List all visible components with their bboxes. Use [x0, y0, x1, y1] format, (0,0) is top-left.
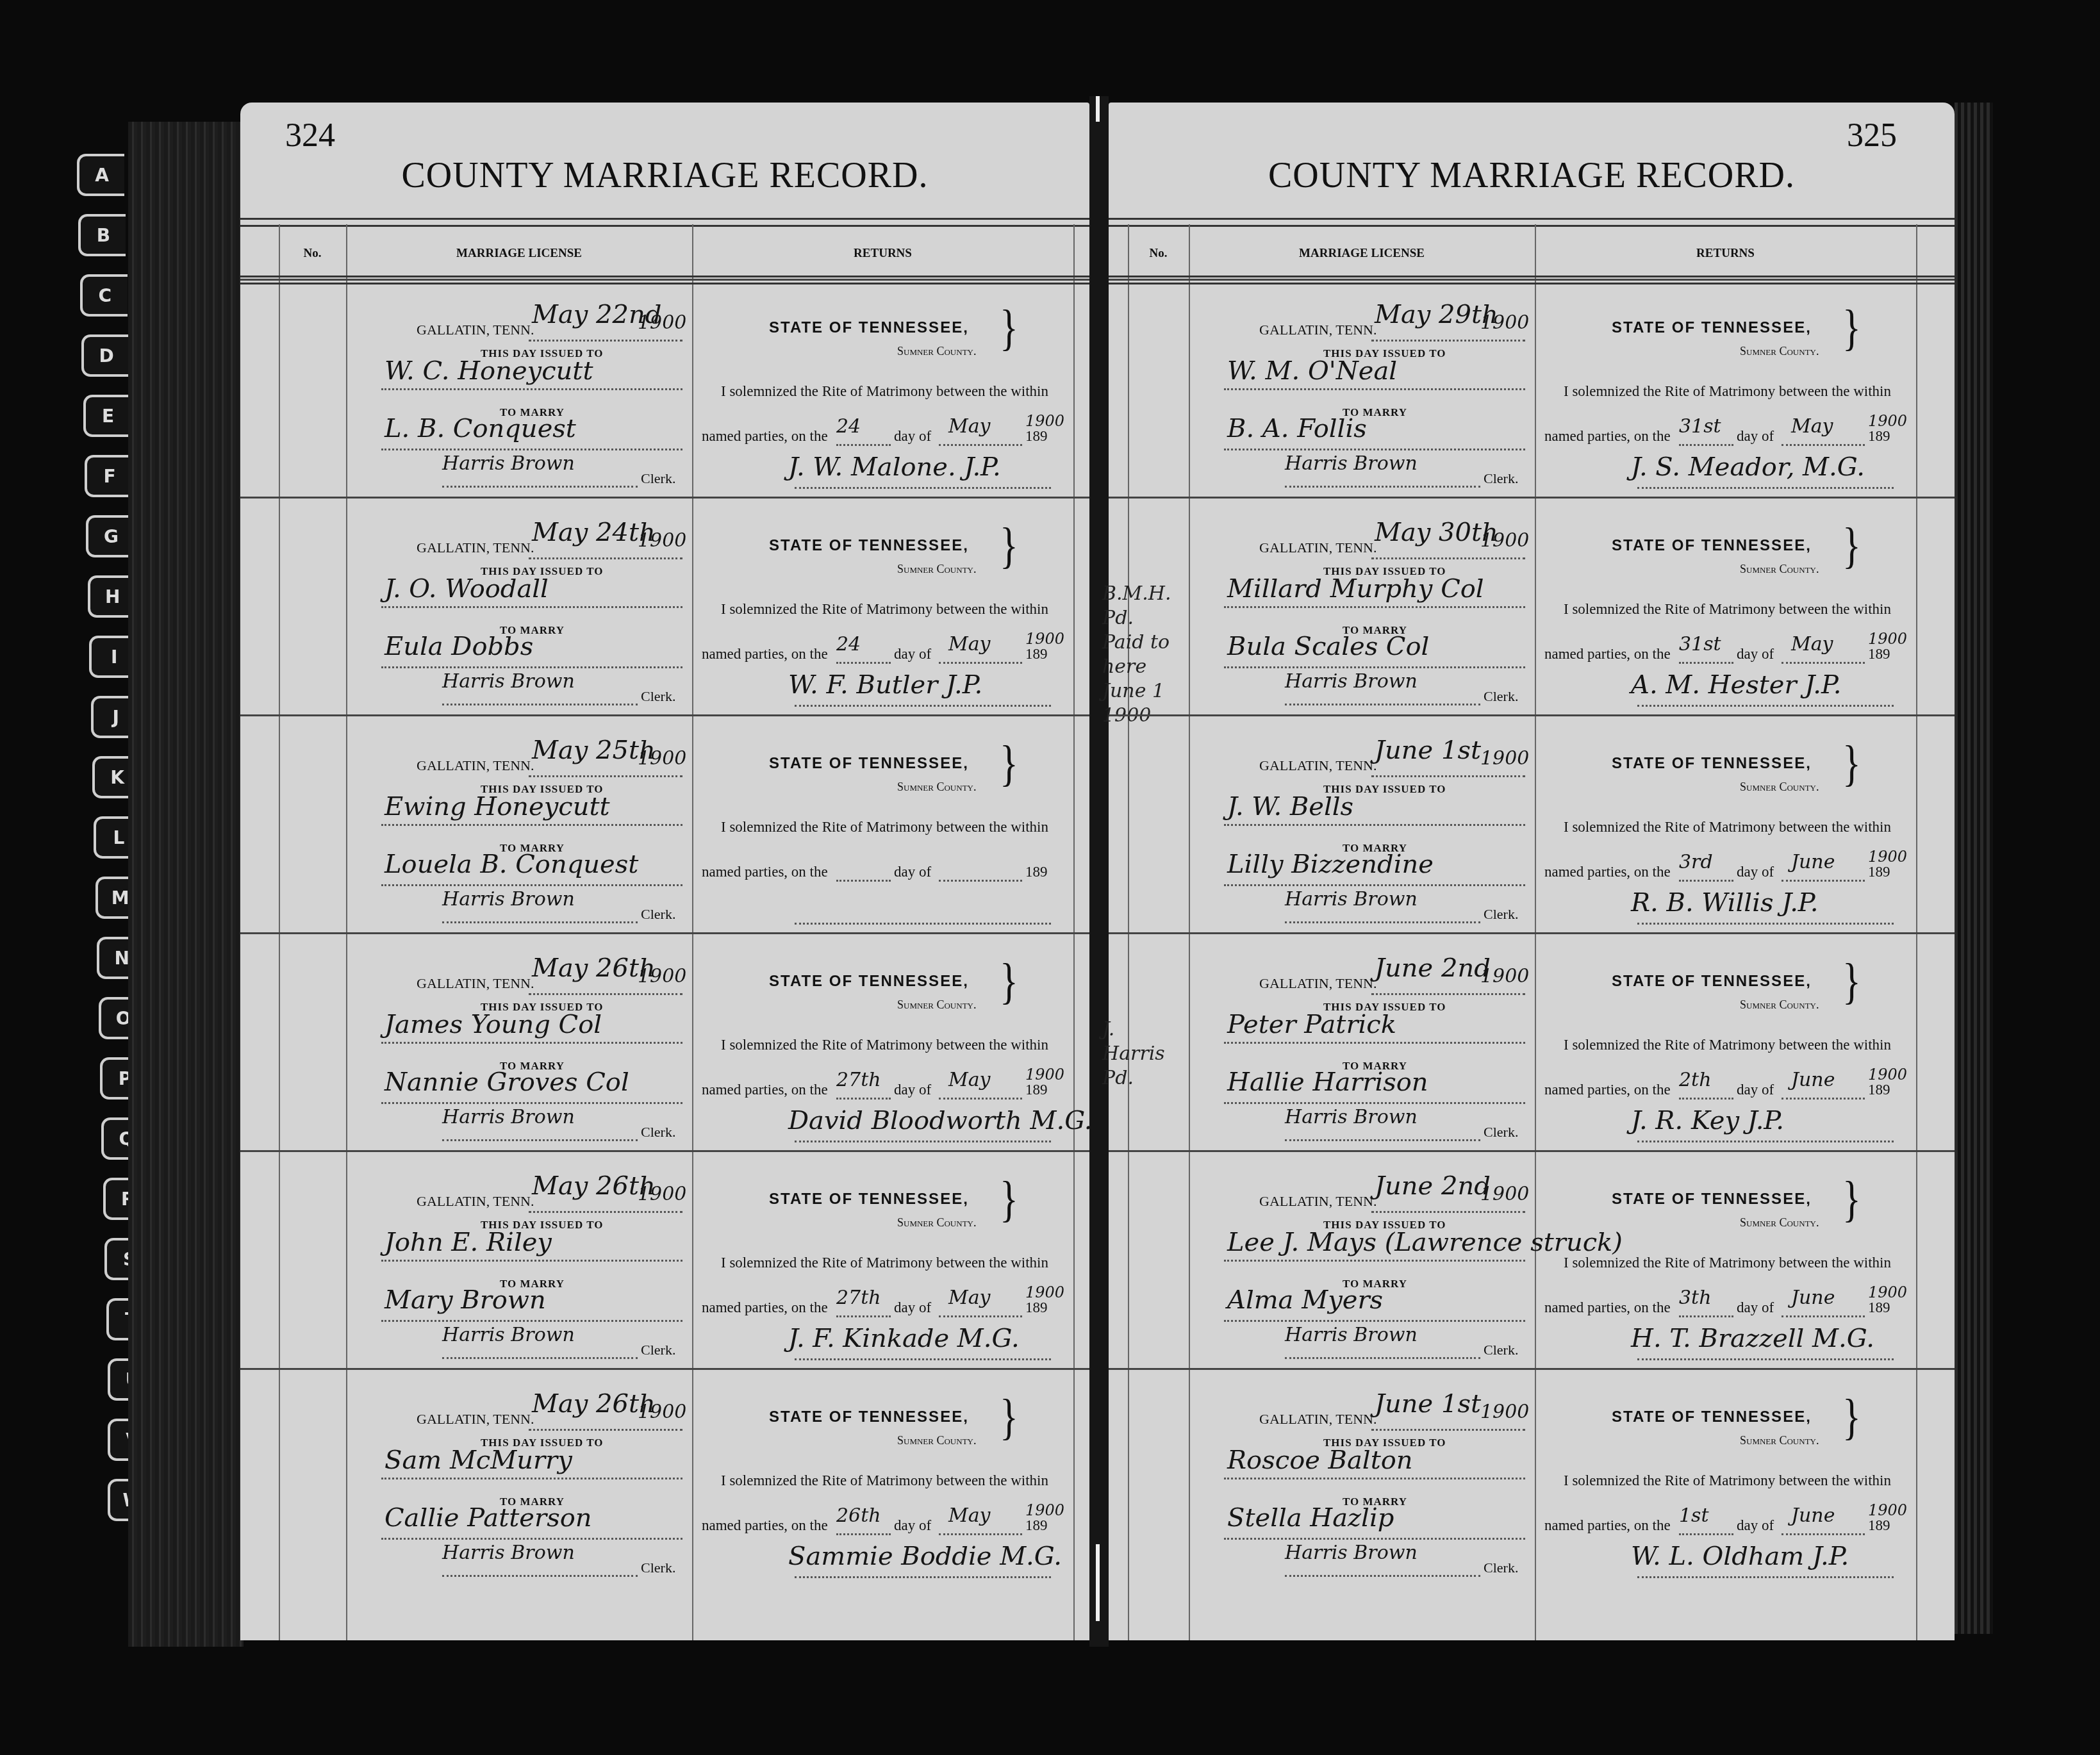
year-prefix-label: 189: [1868, 864, 1890, 880]
returns-cell: STATE OF TENNESSEE, Sumner County. } I s…: [692, 1152, 1073, 1370]
state-label: STATE OF TENNESSEE,: [769, 319, 969, 337]
bride-name: B. A. Follis: [1227, 414, 1367, 443]
col-returns-header: RETURNS: [692, 247, 1073, 261]
clerk-label: Clerk.: [641, 1342, 675, 1358]
returns-cell: STATE OF TENNESSEE, Sumner County. } I s…: [1535, 1370, 1916, 1588]
named-parties-label: named parties, on the: [702, 1517, 828, 1534]
return-year: 1900: [1868, 848, 1907, 866]
license-date: June 1st: [1375, 1389, 1481, 1419]
officiant-signature: W. F. Butler J.P.: [788, 670, 982, 700]
returns-cell: STATE OF TENNESSEE, Sumner County. } I s…: [692, 498, 1073, 716]
gallatin-label: GALLATIN, TENN.: [417, 975, 534, 992]
marriage-record-entry: GALLATIN, TENN. May 22nd 1900 THIS DAY I…: [240, 279, 1089, 498]
gallatin-label: GALLATIN, TENN.: [1259, 757, 1377, 774]
returns-cell: STATE OF TENNESSEE, Sumner County. } I s…: [1535, 498, 1916, 716]
license-year: 1900: [638, 311, 686, 334]
marriage-record-entry: GALLATIN, TENN. May 26th 1900 THIS DAY I…: [240, 1368, 1089, 1588]
state-label: STATE OF TENNESSEE,: [1612, 319, 1812, 337]
license-year: 1900: [638, 529, 686, 552]
marriage-record-entry: GALLATIN, TENN. May 29th 1900 THIS DAY I…: [1109, 279, 1955, 498]
license-date: May 26th: [532, 1171, 656, 1201]
brace-symbol: }: [1842, 300, 1861, 358]
solemnized-text: I solemnized the Rite of Matrimony betwe…: [721, 383, 1048, 400]
license-year: 1900: [1480, 965, 1529, 987]
return-month: May: [1791, 633, 1833, 655]
page-title: COUNTY MARRIAGE RECORD.: [240, 155, 1089, 196]
gallatin-label: GALLATIN, TENN.: [417, 1193, 534, 1210]
clerk-signature: Harris Brown: [442, 452, 575, 475]
day-of-label: day of: [894, 1299, 931, 1316]
page-title: COUNTY MARRIAGE RECORD.: [1109, 155, 1955, 196]
license-year: 1900: [638, 1183, 686, 1205]
brace-symbol: }: [1842, 1389, 1861, 1447]
marriage-license-cell: GALLATIN, TENN. May 24th 1900 THIS DAY I…: [346, 498, 692, 716]
bride-name: Bula Scales Col: [1227, 632, 1429, 661]
returns-cell: STATE OF TENNESSEE, Sumner County. } I s…: [1535, 281, 1916, 498]
col-returns-header: RETURNS: [1535, 247, 1916, 261]
license-date: May 29th: [1375, 300, 1498, 329]
state-label: STATE OF TENNESSEE,: [1612, 1408, 1812, 1426]
return-year: 1900: [1025, 630, 1064, 648]
solemnized-text: I solemnized the Rite of Matrimony betwe…: [1564, 1472, 1891, 1489]
page-number: 325: [1847, 117, 1897, 154]
gallatin-label: GALLATIN, TENN.: [417, 1411, 534, 1428]
marriage-license-cell: GALLATIN, TENN. May 26th 1900 THIS DAY I…: [346, 1152, 692, 1370]
bride-name: Alma Myers: [1227, 1285, 1383, 1315]
index-tab-d[interactable]: D: [81, 334, 129, 377]
bride-name: Hallie Harrison: [1227, 1067, 1428, 1097]
day-of-label: day of: [1737, 864, 1774, 880]
state-label: STATE OF TENNESSEE,: [769, 537, 969, 555]
groom-name: Roscoe Balton: [1227, 1446, 1413, 1475]
bride-name: Lilly Bizzendine: [1227, 850, 1434, 879]
year-prefix-label: 189: [1025, 646, 1048, 663]
marriage-license-cell: GALLATIN, TENN. May 26th 1900 THIS DAY I…: [346, 1370, 692, 1588]
return-year: 1900: [1868, 412, 1907, 430]
day-of-label: day of: [1737, 428, 1774, 445]
named-parties-label: named parties, on the: [1544, 1517, 1671, 1534]
named-parties-label: named parties, on the: [702, 428, 828, 445]
day-of-label: day of: [894, 1082, 931, 1098]
county-label: Sumner County.: [1740, 998, 1819, 1012]
marriage-license-cell: GALLATIN, TENN. June 1st 1900 THIS DAY I…: [1189, 716, 1535, 934]
groom-name: J. W. Bells: [1227, 792, 1353, 821]
year-prefix-label: 189: [1025, 1299, 1048, 1316]
license-year: 1900: [1480, 1401, 1529, 1423]
col-no-header: No.: [1128, 247, 1189, 261]
county-label: Sumner County.: [897, 1216, 976, 1230]
return-year: 1900: [1868, 1066, 1907, 1083]
clerk-signature: Harris Brown: [1285, 670, 1418, 693]
brace-symbol: }: [1842, 736, 1861, 793]
return-month: May: [948, 1069, 991, 1091]
state-label: STATE OF TENNESSEE,: [769, 1191, 969, 1208]
header-rule: [1109, 218, 1955, 227]
return-year: 1900: [1868, 1501, 1907, 1519]
return-month: June: [1791, 851, 1835, 873]
clerk-label: Clerk.: [1484, 1124, 1518, 1141]
index-tab-e[interactable]: E: [83, 395, 131, 437]
clerk-signature: Harris Brown: [442, 1542, 575, 1564]
clerk-label: Clerk.: [641, 688, 675, 705]
index-tab-a[interactable]: A: [77, 154, 124, 196]
clerk-signature: Harris Brown: [442, 1106, 575, 1128]
brace-symbol: }: [1000, 1171, 1018, 1229]
county-label: Sumner County.: [1740, 1216, 1819, 1230]
col-no-header: No.: [279, 247, 346, 261]
return-month: May: [948, 415, 991, 438]
groom-name: W. M. O'Neal: [1227, 356, 1397, 386]
solemnized-text: I solemnized the Rite of Matrimony betwe…: [1564, 601, 1891, 618]
license-date: May 25th: [532, 736, 656, 765]
officiant-signature: J. F. Kinkade M.G.: [788, 1324, 1020, 1353]
state-label: STATE OF TENNESSEE,: [769, 1408, 969, 1426]
day-of-label: day of: [1737, 646, 1774, 663]
brace-symbol: }: [1000, 518, 1018, 575]
license-year: 1900: [1480, 747, 1529, 770]
named-parties-label: named parties, on the: [702, 646, 828, 663]
index-tab-c[interactable]: C: [80, 274, 128, 317]
gallatin-label: GALLATIN, TENN.: [417, 540, 534, 556]
book-page-edges-left: [128, 122, 244, 1647]
returns-cell: STATE OF TENNESSEE, Sumner County. } I s…: [692, 716, 1073, 934]
named-parties-label: named parties, on the: [1544, 864, 1671, 880]
state-label: STATE OF TENNESSEE,: [1612, 755, 1812, 773]
col-license-header: MARRIAGE LICENSE: [346, 247, 692, 261]
margin-note: B.M.H. Pd. Paid to here June 1 1900: [1102, 582, 1179, 728]
license-date: May 26th: [532, 1389, 656, 1419]
bride-name: Eula Dobbs: [384, 632, 533, 661]
day-of-label: day of: [894, 646, 931, 663]
day-of-label: day of: [894, 428, 931, 445]
county-label: Sumner County.: [1740, 345, 1819, 358]
return-day: 2th: [1679, 1069, 1711, 1091]
marriage-record-entry: GALLATIN, TENN. June 1st 1900 THIS DAY I…: [1109, 714, 1955, 934]
clerk-label: Clerk.: [641, 1560, 675, 1576]
state-label: STATE OF TENNESSEE,: [1612, 537, 1812, 555]
officiant-signature: David Bloodworth M.G.: [788, 1106, 1093, 1135]
officiant-signature: H. T. Brazzell M.G.: [1631, 1324, 1874, 1353]
year-prefix-label: 189: [1868, 428, 1890, 445]
state-label: STATE OF TENNESSEE,: [1612, 1191, 1812, 1208]
marriage-license-cell: GALLATIN, TENN. June 1st 1900 THIS DAY I…: [1189, 1370, 1535, 1588]
gallatin-label: GALLATIN, TENN.: [1259, 540, 1377, 556]
marriage-record-entry: GALLATIN, TENN. May 30th 1900 THIS DAY I…: [1109, 497, 1955, 716]
officiant-signature: A. M. Hester J.P.: [1631, 670, 1842, 700]
groom-name: John E. Riley: [384, 1228, 552, 1257]
state-label: STATE OF TENNESSEE,: [769, 755, 969, 773]
gallatin-label: GALLATIN, TENN.: [1259, 1193, 1377, 1210]
return-year: 1900: [1025, 1283, 1064, 1301]
county-label: Sumner County.: [897, 345, 976, 358]
marriage-license-cell: GALLATIN, TENN. June 2nd 1900 THIS DAY I…: [1189, 1152, 1535, 1370]
brace-symbol: }: [1000, 953, 1018, 1011]
brace-symbol: }: [1842, 953, 1861, 1011]
solemnized-text: I solemnized the Rite of Matrimony betwe…: [721, 1472, 1048, 1489]
return-day: 3rd: [1679, 851, 1713, 873]
officiant-signature: R. B. Willis J.P.: [1631, 888, 1818, 918]
bride-name: Callie Patterson: [384, 1503, 592, 1533]
return-day: 24: [836, 415, 861, 438]
clerk-signature: Harris Brown: [1285, 1324, 1418, 1346]
brace-symbol: }: [1842, 1171, 1861, 1229]
bride-name: Stella Hazlip: [1227, 1503, 1394, 1533]
gallatin-label: GALLATIN, TENN.: [417, 757, 534, 774]
clerk-signature: Harris Brown: [1285, 888, 1418, 910]
clerk-label: Clerk.: [1484, 906, 1518, 923]
marriage-record-entry: GALLATIN, TENN. May 26th 1900 THIS DAY I…: [240, 1150, 1089, 1370]
license-year: 1900: [638, 747, 686, 770]
return-year: 1900: [1868, 1283, 1907, 1301]
day-of-label: day of: [894, 1517, 931, 1534]
book-page-edges-right: [1955, 103, 1993, 1634]
marriage-license-cell: GALLATIN, TENN. May 22nd 1900 THIS DAY I…: [346, 281, 692, 498]
named-parties-label: named parties, on the: [1544, 646, 1671, 663]
returns-cell: STATE OF TENNESSEE, Sumner County. } I s…: [692, 934, 1073, 1152]
return-month: June: [1791, 1504, 1835, 1527]
marriage-license-cell: GALLATIN, TENN. May 30th 1900 THIS DAY I…: [1189, 498, 1535, 716]
return-day: 31st: [1679, 415, 1721, 438]
return-day: 27th: [836, 1069, 881, 1091]
groom-name: W. C. Honeycutt: [384, 356, 593, 386]
return-day: 31st: [1679, 633, 1721, 655]
index-tab-b[interactable]: B: [78, 214, 126, 256]
officiant-signature: J. S. Meador, M.G.: [1631, 452, 1865, 482]
day-of-label: day of: [1737, 1299, 1774, 1316]
col-license-header: MARRIAGE LICENSE: [1189, 247, 1535, 261]
named-parties-label: named parties, on the: [1544, 428, 1671, 445]
named-parties-label: named parties, on the: [702, 1299, 828, 1316]
return-month: June: [1791, 1287, 1835, 1309]
groom-name: James Young Col: [384, 1010, 602, 1039]
left-page: 324 COUNTY MARRIAGE RECORD. No. MARRIAGE…: [240, 103, 1089, 1640]
returns-cell: STATE OF TENNESSEE, Sumner County. } I s…: [692, 281, 1073, 498]
return-year: 1900: [1025, 1066, 1064, 1083]
gallatin-label: GALLATIN, TENN.: [1259, 1411, 1377, 1428]
return-year: 1900: [1025, 1501, 1064, 1519]
return-year: 1900: [1868, 630, 1907, 648]
return-month: May: [948, 1287, 991, 1309]
groom-name: Sam McMurry: [384, 1446, 572, 1475]
bride-name: Louela B. Conquest: [384, 850, 638, 879]
license-date: May 26th: [532, 953, 656, 983]
return-month: June: [1791, 1069, 1835, 1091]
groom-name: Ewing Honeycutt: [384, 792, 610, 821]
clerk-signature: Harris Brown: [442, 1324, 575, 1346]
day-of-label: day of: [1737, 1517, 1774, 1534]
groom-name: Millard Murphy Col: [1227, 574, 1484, 604]
day-of-label: day of: [894, 864, 931, 880]
gallatin-label: GALLATIN, TENN.: [1259, 322, 1377, 338]
marriage-record-entry: GALLATIN, TENN. May 24th 1900 THIS DAY I…: [240, 497, 1089, 716]
license-date: June 2nd: [1375, 1171, 1491, 1201]
returns-cell: STATE OF TENNESSEE, Sumner County. } I s…: [1535, 716, 1916, 934]
year-prefix-label: 189: [1868, 1517, 1890, 1534]
year-prefix-label: 189: [1025, 864, 1048, 880]
year-prefix-label: 189: [1025, 428, 1048, 445]
clerk-label: Clerk.: [1484, 688, 1518, 705]
named-parties-label: named parties, on the: [1544, 1299, 1671, 1316]
solemnized-text: I solemnized the Rite of Matrimony betwe…: [1564, 1255, 1891, 1271]
clerk-signature: Harris Brown: [1285, 1542, 1418, 1564]
clerk-label: Clerk.: [641, 1124, 675, 1141]
county-label: Sumner County.: [1740, 1434, 1819, 1447]
marriage-license-cell: GALLATIN, TENN. May 26th 1900 THIS DAY I…: [346, 934, 692, 1152]
return-day: 24: [836, 633, 861, 655]
right-page: 325 COUNTY MARRIAGE RECORD. No. MARRIAGE…: [1109, 103, 1955, 1640]
year-prefix-label: 189: [1868, 646, 1890, 663]
returns-cell: STATE OF TENNESSEE, Sumner County. } I s…: [1535, 1152, 1916, 1370]
gallatin-label: GALLATIN, TENN.: [417, 322, 534, 338]
margin-note: J. Harris Pd.: [1102, 1018, 1179, 1091]
page-number: 324: [285, 117, 335, 154]
county-label: Sumner County.: [897, 780, 976, 794]
license-date: May 30th: [1375, 518, 1498, 547]
solemnized-text: I solemnized the Rite of Matrimony betwe…: [1564, 1037, 1891, 1053]
marriage-license-cell: GALLATIN, TENN. May 29th 1900 THIS DAY I…: [1189, 281, 1535, 498]
clerk-label: Clerk.: [641, 906, 675, 923]
license-year: 1900: [638, 965, 686, 987]
return-day: 1st: [1679, 1504, 1709, 1527]
marriage-license-cell: GALLATIN, TENN. May 25th 1900 THIS DAY I…: [346, 716, 692, 934]
county-label: Sumner County.: [897, 1434, 976, 1447]
return-year: 1900: [1025, 412, 1064, 430]
clerk-label: Clerk.: [1484, 1342, 1518, 1358]
clerk-signature: Harris Brown: [1285, 1106, 1418, 1128]
solemnized-text: I solemnized the Rite of Matrimony betwe…: [721, 601, 1048, 618]
county-label: Sumner County.: [1740, 780, 1819, 794]
marriage-record-entry: GALLATIN, TENN. June 2nd 1900 THIS DAY I…: [1109, 1150, 1955, 1370]
officiant-signature: W. L. Oldham J.P.: [1631, 1542, 1849, 1571]
state-label: STATE OF TENNESSEE,: [769, 973, 969, 991]
state-label: STATE OF TENNESSEE,: [1612, 973, 1812, 991]
return-day: 27th: [836, 1287, 881, 1309]
bride-name: Nannie Groves Col: [384, 1067, 629, 1097]
returns-cell: STATE OF TENNESSEE, Sumner County. } I s…: [692, 1370, 1073, 1588]
named-parties-label: named parties, on the: [1544, 1082, 1671, 1098]
brace-symbol: }: [1000, 736, 1018, 793]
solemnized-text: I solemnized the Rite of Matrimony betwe…: [1564, 819, 1891, 836]
year-prefix-label: 189: [1868, 1299, 1890, 1316]
clerk-signature: Harris Brown: [1285, 452, 1418, 475]
day-of-label: day of: [1737, 1082, 1774, 1098]
marriage-record-entry: GALLATIN, TENN. June 2nd 1900 THIS DAY I…: [1109, 932, 1955, 1152]
returns-cell: STATE OF TENNESSEE, Sumner County. } I s…: [1535, 934, 1916, 1152]
return-day: 3th: [1679, 1287, 1711, 1309]
year-prefix-label: 189: [1025, 1082, 1048, 1098]
county-label: Sumner County.: [1740, 563, 1819, 576]
header-rule: [240, 218, 1089, 227]
marriage-record-entry: GALLATIN, TENN. May 25th 1900 THIS DAY I…: [240, 714, 1089, 934]
license-year: 1900: [1480, 529, 1529, 552]
clerk-label: Clerk.: [1484, 1560, 1518, 1576]
return-month: May: [948, 633, 991, 655]
solemnized-text: I solemnized the Rite of Matrimony betwe…: [721, 1255, 1048, 1271]
solemnized-text: I solemnized the Rite of Matrimony betwe…: [1564, 383, 1891, 400]
marriage-license-cell: GALLATIN, TENN. June 2nd 1900 THIS DAY I…: [1189, 934, 1535, 1152]
solemnized-text: I solemnized the Rite of Matrimony betwe…: [721, 819, 1048, 836]
license-year: 1900: [638, 1401, 686, 1423]
clerk-label: Clerk.: [1484, 470, 1518, 487]
return-month: May: [948, 1504, 991, 1527]
brace-symbol: }: [1842, 518, 1861, 575]
index-tab-f[interactable]: F: [85, 455, 132, 497]
county-label: Sumner County.: [897, 563, 976, 576]
index-tab-g[interactable]: G: [86, 515, 133, 557]
bride-name: Mary Brown: [384, 1285, 546, 1315]
clerk-signature: Harris Brown: [442, 670, 575, 693]
year-prefix-label: 189: [1868, 1082, 1890, 1098]
officiant-signature: J. W. Malone. J.P.: [788, 452, 1001, 482]
license-date: June 1st: [1375, 736, 1481, 765]
license-year: 1900: [1480, 311, 1529, 334]
groom-name: Peter Patrick: [1227, 1010, 1396, 1039]
license-date: June 2nd: [1375, 953, 1491, 983]
clerk-label: Clerk.: [641, 470, 675, 487]
year-prefix-label: 189: [1025, 1517, 1048, 1534]
named-parties-label: named parties, on the: [702, 1082, 828, 1098]
officiant-signature: Sammie Boddie M.G.: [788, 1542, 1062, 1571]
officiant-signature: J. R. Key J.P.: [1631, 1106, 1784, 1135]
return-month: May: [1791, 415, 1833, 438]
marriage-record-entry: GALLATIN, TENN. May 26th 1900 THIS DAY I…: [240, 932, 1089, 1152]
return-day: 26th: [836, 1504, 881, 1527]
brace-symbol: }: [1000, 1389, 1018, 1447]
license-date: May 24th: [532, 518, 656, 547]
marriage-record-entry: GALLATIN, TENN. June 1st 1900 THIS DAY I…: [1109, 1368, 1955, 1588]
book-gutter: [1089, 96, 1109, 1647]
gallatin-label: GALLATIN, TENN.: [1259, 975, 1377, 992]
named-parties-label: named parties, on the: [702, 864, 828, 880]
bride-name: L. B. Conquest: [384, 414, 576, 443]
brace-symbol: }: [1000, 300, 1018, 358]
license-year: 1900: [1480, 1183, 1529, 1205]
county-label: Sumner County.: [897, 998, 976, 1012]
solemnized-text: I solemnized the Rite of Matrimony betwe…: [721, 1037, 1048, 1053]
groom-name: J. O. Woodall: [384, 574, 549, 604]
clerk-signature: Harris Brown: [442, 888, 575, 910]
